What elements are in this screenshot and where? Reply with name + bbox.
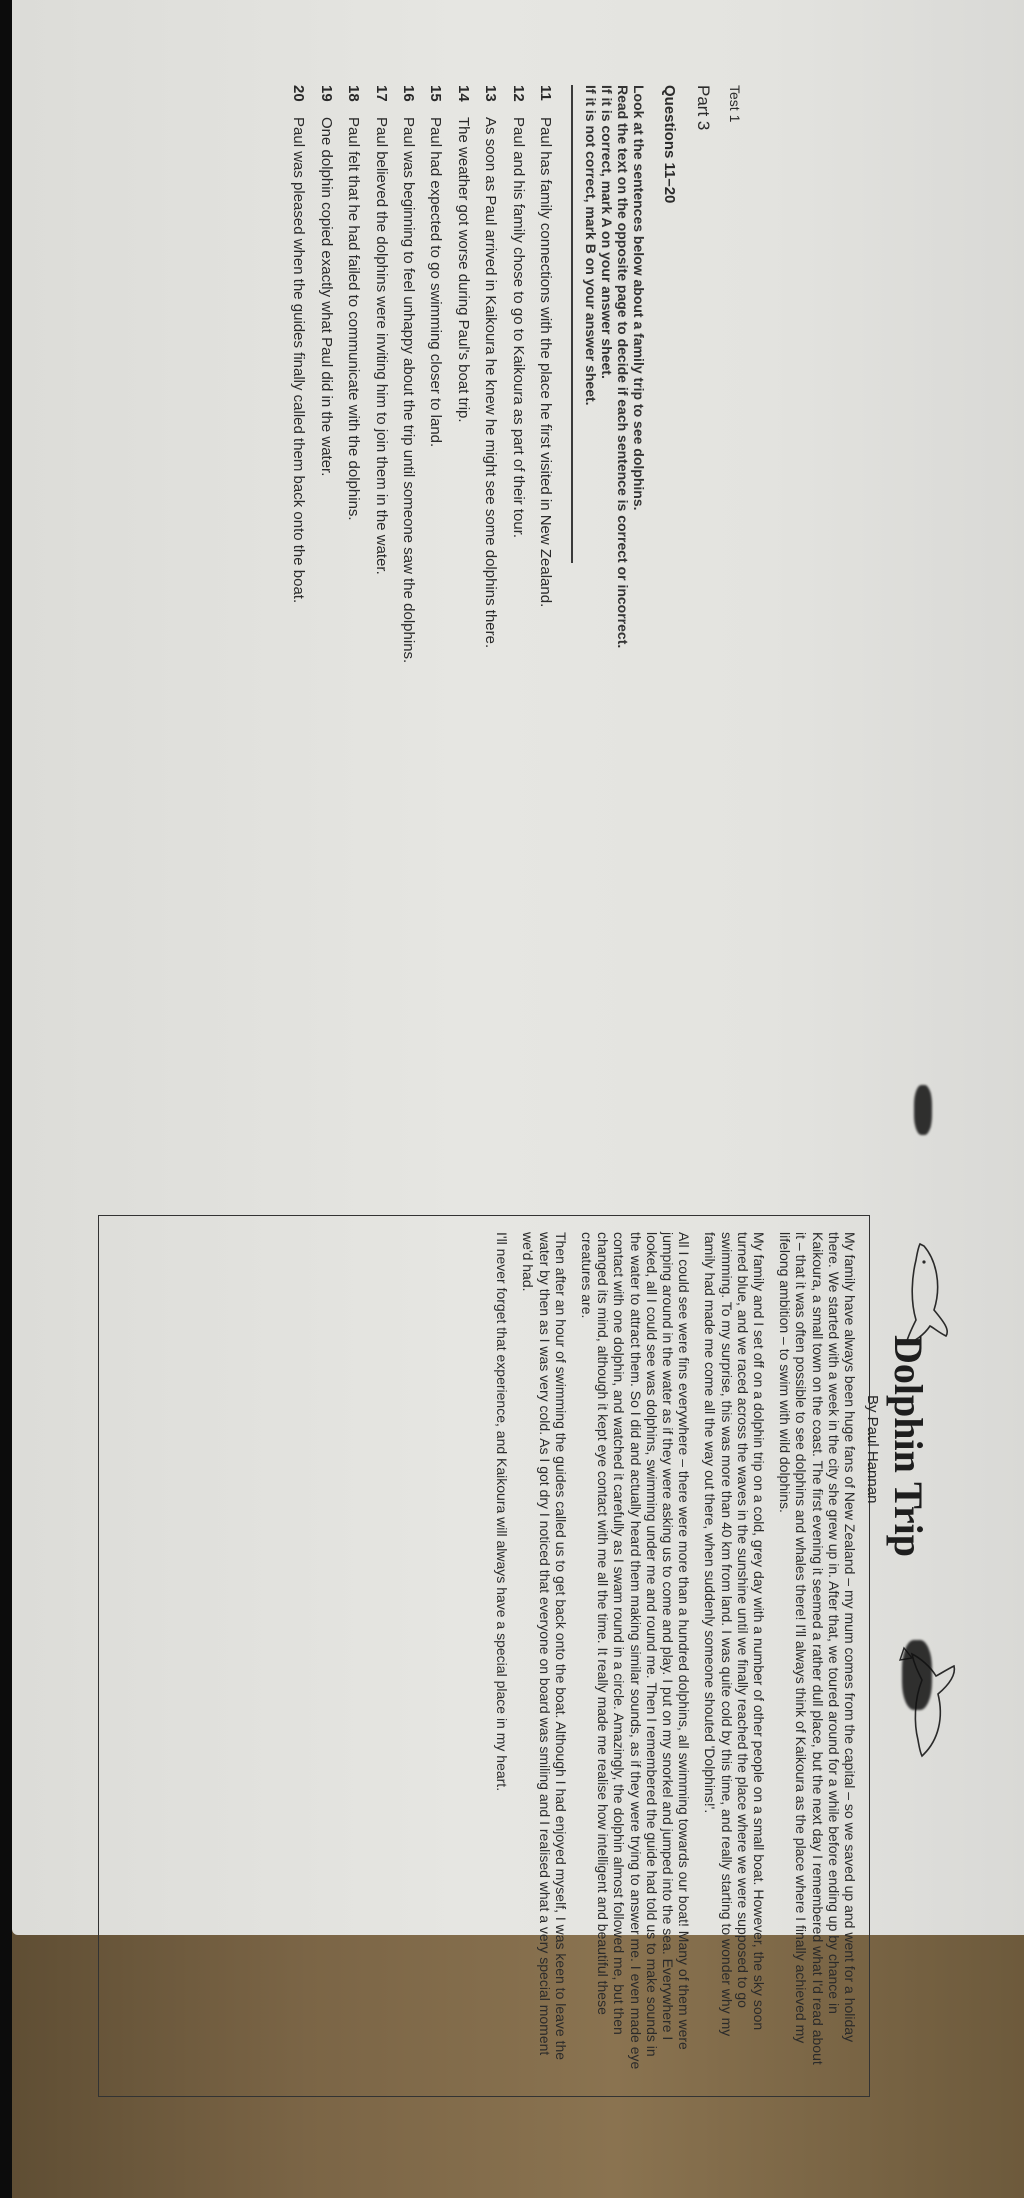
question-number: 20 bbox=[290, 85, 307, 117]
article-paragraph: All I could see were fins everywhere – t… bbox=[579, 1232, 692, 2072]
question-number: 11 bbox=[537, 85, 554, 117]
article-body: My family have always been huge fans of … bbox=[484, 1232, 858, 2072]
question-text: Paul and his family chose to go to Kaiko… bbox=[510, 117, 527, 538]
instruction-line: If it is correct, mark A on your answer … bbox=[599, 85, 615, 379]
question-text: As soon as Paul arrived in Kaikoura he k… bbox=[482, 117, 499, 648]
question-number: 18 bbox=[345, 85, 362, 117]
question-text: Paul believed the dolphins were inviting… bbox=[373, 117, 390, 575]
question-text: Paul has family connections with the pla… bbox=[537, 117, 554, 607]
question-number: 19 bbox=[318, 85, 335, 117]
question-text: One dolphin copied exactly what Paul did… bbox=[318, 117, 335, 476]
ink-smudge bbox=[914, 1085, 932, 1135]
question-item: 13As soon as Paul arrived in Kaikoura he… bbox=[482, 85, 499, 648]
question-item: 14The weather got worse during Paul's bo… bbox=[455, 85, 472, 423]
instruction-line: If it is not correct, mark B on your ans… bbox=[583, 85, 599, 406]
article-paragraph: I'll never forget that experience, and K… bbox=[494, 1232, 510, 2072]
question-item: 20Paul was pleased when the guides final… bbox=[290, 85, 307, 603]
test-label: Test 1 bbox=[727, 85, 743, 122]
questions-range-heading: Questions 11–20 bbox=[661, 85, 678, 203]
article-paragraph: My family have always been huge fans of … bbox=[777, 1232, 858, 2072]
divider-rule bbox=[572, 85, 574, 563]
question-item: 18Paul felt that he had failed to commun… bbox=[345, 85, 362, 521]
question-text: Paul was pleased when the guides finally… bbox=[290, 117, 307, 603]
dolphin-left-icon bbox=[874, 1240, 964, 1350]
question-text: Paul felt that he had failed to communic… bbox=[345, 117, 362, 521]
question-text: Paul was beginning to feel unhappy about… bbox=[400, 117, 417, 663]
question-item: 11Paul has family connections with the p… bbox=[537, 85, 554, 607]
part-label: Part 3 bbox=[693, 85, 713, 130]
question-number: 15 bbox=[427, 85, 444, 117]
ink-smudge bbox=[902, 1640, 932, 1710]
question-text: The weather got worse during Paul's boat… bbox=[455, 117, 472, 423]
article-paragraph: Then after an hour of swimming the guide… bbox=[520, 1232, 569, 2072]
question-number: 14 bbox=[455, 85, 472, 117]
article-byline: By Paul Hannan bbox=[864, 1395, 881, 1503]
question-text: Paul had expected to go swimming closer … bbox=[427, 117, 444, 447]
question-number: 13 bbox=[482, 85, 499, 117]
article-paragraph: My family and I set off on a dolphin tri… bbox=[702, 1232, 767, 2072]
instruction-line: Look at the sentences below about a fami… bbox=[631, 85, 647, 511]
instruction-line: Read the text on the opposite page to de… bbox=[615, 85, 631, 648]
question-number: 12 bbox=[510, 85, 527, 117]
question-item: 19One dolphin copied exactly what Paul d… bbox=[318, 85, 335, 476]
question-item: 15Paul had expected to go swimming close… bbox=[427, 85, 444, 447]
question-number: 17 bbox=[373, 85, 390, 117]
question-number: 16 bbox=[400, 85, 417, 117]
question-item: 16Paul was beginning to feel unhappy abo… bbox=[400, 85, 417, 663]
exam-paper: Test 1 Part 3 Questions 11–20 Look at th… bbox=[12, 0, 1024, 1935]
question-item: 17Paul believed the dolphins were inviti… bbox=[373, 85, 390, 575]
question-item: 12Paul and his family chose to go to Kai… bbox=[510, 85, 527, 538]
photo-of-exam-page: Test 1 Part 3 Questions 11–20 Look at th… bbox=[0, 0, 1024, 2198]
photo-edge-shadow bbox=[0, 0, 12, 2198]
article-title: Dolphin Trip bbox=[885, 1335, 932, 1557]
